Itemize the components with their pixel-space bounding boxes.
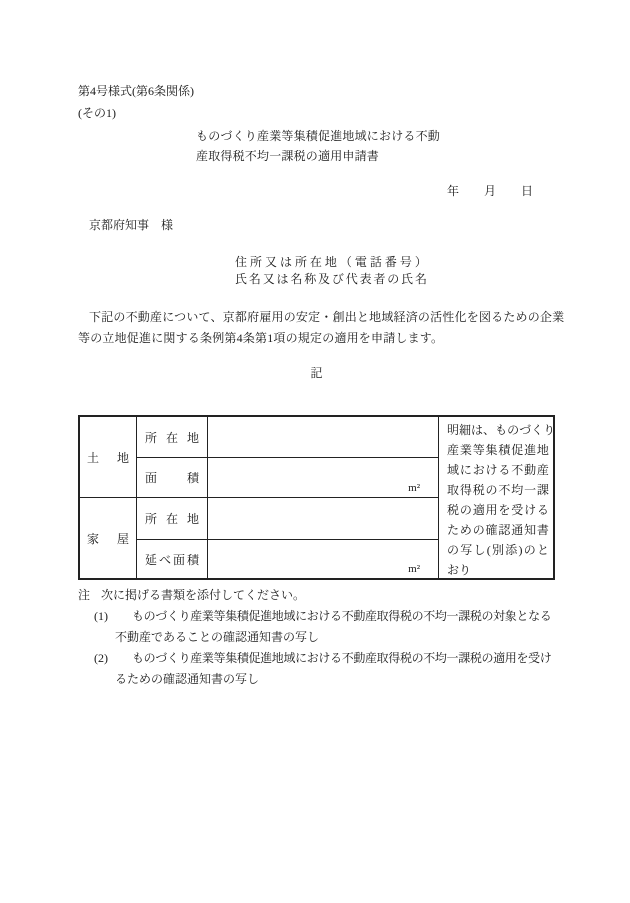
application-statement: 下記の不動産について、京都府雇用の安定・創出と地域経済の活性化を図るための企業等… xyxy=(78,307,558,349)
property-table: 土地 家屋 所在地 面積 所在地 延べ面積 m² m² 明細は、ものづくり産業等… xyxy=(78,415,555,580)
form-number: 第4号様式(第6条関係) xyxy=(78,82,194,99)
note-item-2-continuation: るための確認通知書の写し xyxy=(78,669,568,690)
building-floor-area-unit: m² xyxy=(408,563,420,575)
building-location-label: 所在地 xyxy=(145,510,199,527)
note-marker: 注 xyxy=(78,588,90,602)
building-floor-area-value-cell: m² xyxy=(208,540,439,578)
form-part-label: (その1) xyxy=(78,104,116,121)
land-group-label-cell: 土地 xyxy=(80,417,137,498)
note-item-1: (1)ものづくり産業等集積促進地域における不動産取得税の不均一課税の対象となる … xyxy=(78,606,568,648)
notes-section: 注次に掲げる書類を添付してください。 (1)ものづくり産業等集積促進地域における… xyxy=(78,585,568,690)
ki-heading: 記 xyxy=(78,364,555,381)
note-item-2-text: ものづくり産業等集積促進地域における不動産取得税の不均一課税の適用を受け xyxy=(132,651,551,665)
note-item-2-number: (2) xyxy=(94,648,108,669)
land-area-label: 面積 xyxy=(145,469,199,486)
building-location-label-cell: 所在地 xyxy=(137,498,208,540)
note-head: 注次に掲げる書類を添付してください。 xyxy=(78,585,568,606)
note-item-2-first-line: (2)ものづくり産業等集積促進地域における不動産取得税の不均一課税の適用を受け xyxy=(78,648,568,669)
building-group-label-cell: 家屋 xyxy=(80,498,137,578)
document-title: ものづくり産業等集積促進地域における不動産取得税不均一課税の適用申請書 xyxy=(196,126,440,166)
building-floor-area-label: 延べ面積 xyxy=(145,551,199,568)
land-location-label: 所在地 xyxy=(145,429,199,446)
note-item-1-continuation: 不動産であることの確認通知書の写し xyxy=(78,627,568,648)
note-item-1-text: ものづくり産業等集積促進地域における不動産取得税の不均一課税の対象となる xyxy=(132,609,551,623)
building-floor-area-label-cell: 延べ面積 xyxy=(137,540,208,578)
note-item-2: (2)ものづくり産業等集積促進地域における不動産取得税の不均一課税の適用を受け … xyxy=(78,648,568,690)
land-area-value-cell: m² xyxy=(208,458,439,498)
document-page: 第4号様式(第6条関係) (その1) ものづくり産業等集積促進地域における不動産… xyxy=(0,0,630,903)
detail-note-cell: 明細は、ものづくり産業等集積促進地域における不動産取得税の不均一課税の適用を受け… xyxy=(439,417,553,578)
land-location-value-cell xyxy=(208,417,439,458)
building-group-label: 家屋 xyxy=(87,530,129,547)
note-item-1-first-line: (1)ものづくり産業等集積促進地域における不動産取得税の不均一課税の対象となる xyxy=(78,606,568,627)
applicant-info-block: 住所又は所在地（電話番号）氏名又は名称及び代表者の氏名 xyxy=(235,254,427,288)
land-group-label: 土地 xyxy=(87,449,129,466)
note-heading: 次に掲げる書類を添付してください。 xyxy=(101,588,305,602)
building-location-value-cell xyxy=(208,498,439,540)
note-item-1-number: (1) xyxy=(94,606,108,627)
date-line: 年月日 xyxy=(447,182,533,199)
land-area-label-cell: 面積 xyxy=(137,458,208,498)
addressee-line: 京都府知事 様 xyxy=(89,216,173,233)
land-area-unit: m² xyxy=(408,482,420,494)
land-location-label-cell: 所在地 xyxy=(137,417,208,458)
